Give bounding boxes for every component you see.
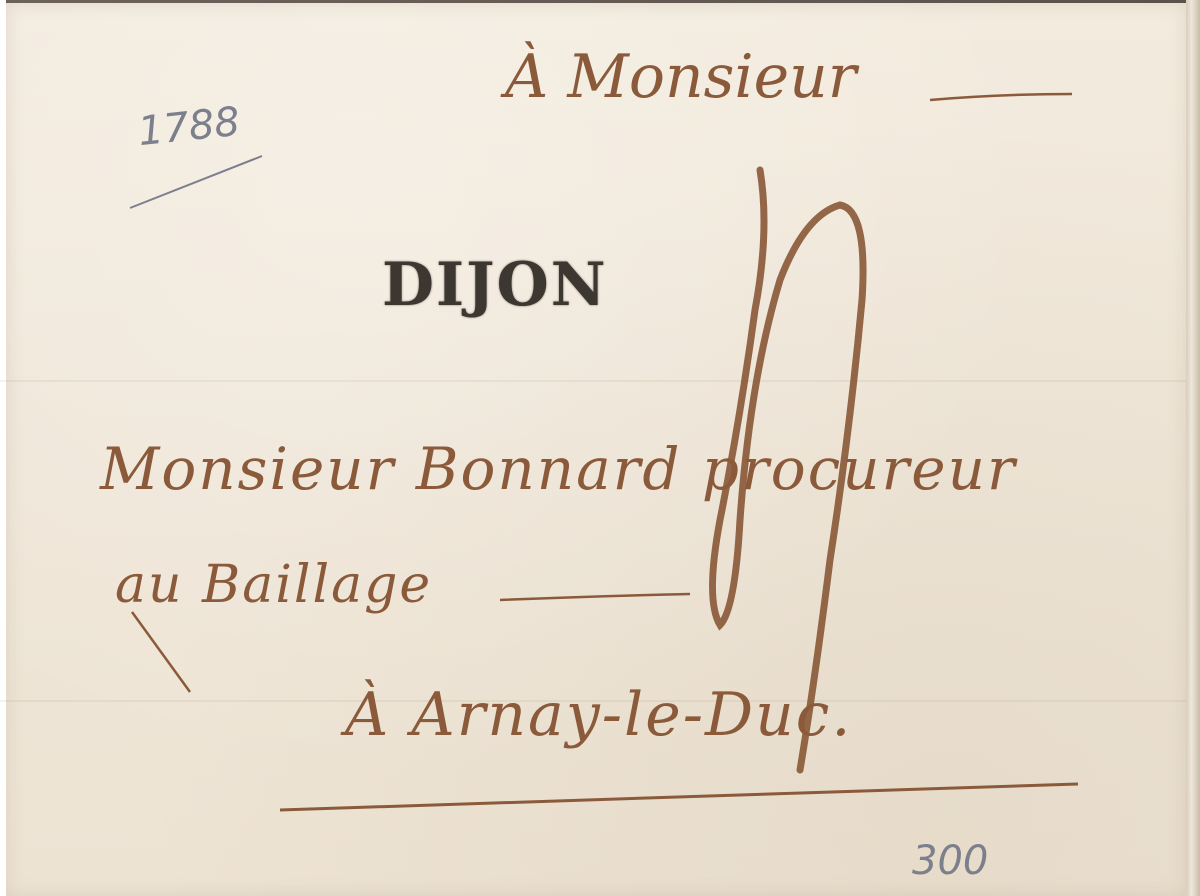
postage-rate-mark: [713, 170, 864, 770]
ink-strokes: [0, 0, 1200, 896]
